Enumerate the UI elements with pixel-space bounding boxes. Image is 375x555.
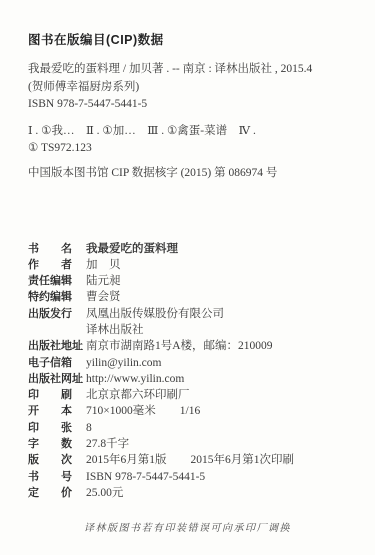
field-label: 印 张 bbox=[28, 420, 86, 436]
colophon-row-email: 电子信箱 yilin@yilin.com bbox=[28, 355, 375, 371]
field-label: 作 者 bbox=[28, 257, 86, 273]
colophon-row-editor: 责任编辑 陆元昶 bbox=[28, 273, 375, 289]
field-value-secondary: 1/16 bbox=[180, 403, 200, 419]
cip-header: 图书在版编目(CIP)数据 bbox=[28, 30, 375, 48]
field-label: 书 名 bbox=[28, 241, 86, 257]
colophon-row-book-title: 书 名 我最爱吃的蛋料理 bbox=[28, 241, 375, 257]
field-value: 27.8千字 bbox=[86, 436, 129, 452]
field-value: 我最爱吃的蛋料理 bbox=[86, 241, 178, 257]
colophon-row-price: 定 价 25.00元 bbox=[28, 485, 375, 501]
field-value: 2015年6月第1版 bbox=[86, 452, 167, 468]
colophon-row-wordcount: 字 数 27.8千字 bbox=[28, 436, 375, 452]
copyright-page: 图书在版编目(CIP)数据 我最爱吃的蛋料理 / 加贝著 . -- 南京 : 译… bbox=[0, 0, 375, 555]
cip-classification-line: Ⅰ . ①我… Ⅱ . ①加… Ⅲ . ①禽蛋-菜谱 Ⅳ . bbox=[28, 123, 351, 140]
colophon-row-website: 出版社网址 http://www.yilin.com bbox=[28, 371, 375, 387]
field-label: 书 号 bbox=[28, 469, 86, 485]
field-value: 曹会贤 bbox=[86, 289, 121, 305]
field-label: 特约编辑 bbox=[28, 289, 86, 305]
colophon-row-edition: 版 次 2015年6月第1版 2015年6月第1次印刷 bbox=[28, 452, 375, 468]
publisher-press: 译林出版社 bbox=[86, 322, 224, 338]
colophon-row-isbn: 书 号 ISBN 978-7-5447-5441-5 bbox=[28, 469, 375, 485]
cip-registry-line: 中国版本图书馆 CIP 数据核字 (2015) 第 086974 号 bbox=[28, 165, 351, 182]
field-value: 南京市湖南路1号A楼，邮编：210009 bbox=[86, 338, 273, 354]
field-value: 710×1000毫米 bbox=[86, 403, 156, 419]
field-value: 陆元昶 bbox=[86, 273, 121, 289]
field-label: 出版发行 bbox=[28, 306, 86, 322]
misprint-exchange-note: 译林版图书若有印装错误可向承印厂调换 bbox=[0, 519, 375, 534]
field-value: ISBN 978-7-5447-5441-5 bbox=[86, 469, 205, 485]
field-label: 印 刷 bbox=[28, 387, 86, 403]
cip-record-line-series: (贺师傅幸福厨房系列) bbox=[28, 79, 351, 97]
publisher-group: 凤凰出版传媒股份有限公司 bbox=[86, 308, 224, 320]
field-label: 电子信箱 bbox=[28, 355, 86, 371]
colophon-row-format: 开 本 710×1000毫米 1/16 bbox=[28, 403, 375, 419]
colophon-row-address: 出版社地址 南京市湖南路1号A楼，邮编：210009 bbox=[28, 338, 375, 354]
colophon-row-author: 作 者 加 贝 bbox=[28, 257, 375, 273]
field-label: 定 价 bbox=[28, 485, 86, 501]
colophon-row-sheets: 印 张 8 bbox=[28, 420, 375, 436]
field-value-secondary: 2015年6月第1次印刷 bbox=[191, 452, 295, 468]
field-label: 责任编辑 bbox=[28, 273, 86, 289]
field-value: http://www.yilin.com bbox=[86, 371, 184, 387]
cip-classification: Ⅰ . ①我… Ⅱ . ①加… Ⅲ . ①禽蛋-菜谱 Ⅳ . ① TS972.1… bbox=[28, 123, 351, 157]
cip-record-line-title: 我最爱吃的蛋料理 / 加贝著 . -- 南京 : 译林出版社 , 2015.4 bbox=[28, 61, 351, 79]
colophon: 书 名 我最爱吃的蛋料理 作 者 加 贝 责任编辑 陆元昶 特约编辑 曹会贤 出… bbox=[28, 241, 375, 502]
field-value: 8 bbox=[86, 420, 92, 436]
field-label: 字 数 bbox=[28, 436, 86, 452]
field-label: 出版社地址 bbox=[28, 338, 86, 354]
cip-record-line-isbn: ISBN 978-7-5447-5441-5 bbox=[28, 96, 351, 114]
cip-classification-code: ① TS972.123 bbox=[28, 140, 351, 157]
field-label: 出版社网址 bbox=[28, 371, 86, 387]
field-value: 凤凰出版传媒股份有限公司 译林出版社 bbox=[86, 306, 224, 339]
field-label: 开 本 bbox=[28, 403, 86, 419]
cip-record-paragraph: 我最爱吃的蛋料理 / 加贝著 . -- 南京 : 译林出版社 , 2015.4 … bbox=[28, 61, 351, 114]
field-value: 加 贝 bbox=[86, 257, 121, 273]
colophon-row-special-editor: 特约编辑 曹会贤 bbox=[28, 289, 375, 305]
colophon-row-publisher: 出版发行 凤凰出版传媒股份有限公司 译林出版社 bbox=[28, 306, 375, 339]
colophon-row-printer: 印 刷 北京京都六环印刷厂 bbox=[28, 387, 375, 403]
field-value: yilin@yilin.com bbox=[86, 355, 161, 371]
field-value: 25.00元 bbox=[86, 485, 123, 501]
field-label: 版 次 bbox=[28, 452, 86, 468]
field-value: 北京京都六环印刷厂 bbox=[86, 387, 190, 403]
